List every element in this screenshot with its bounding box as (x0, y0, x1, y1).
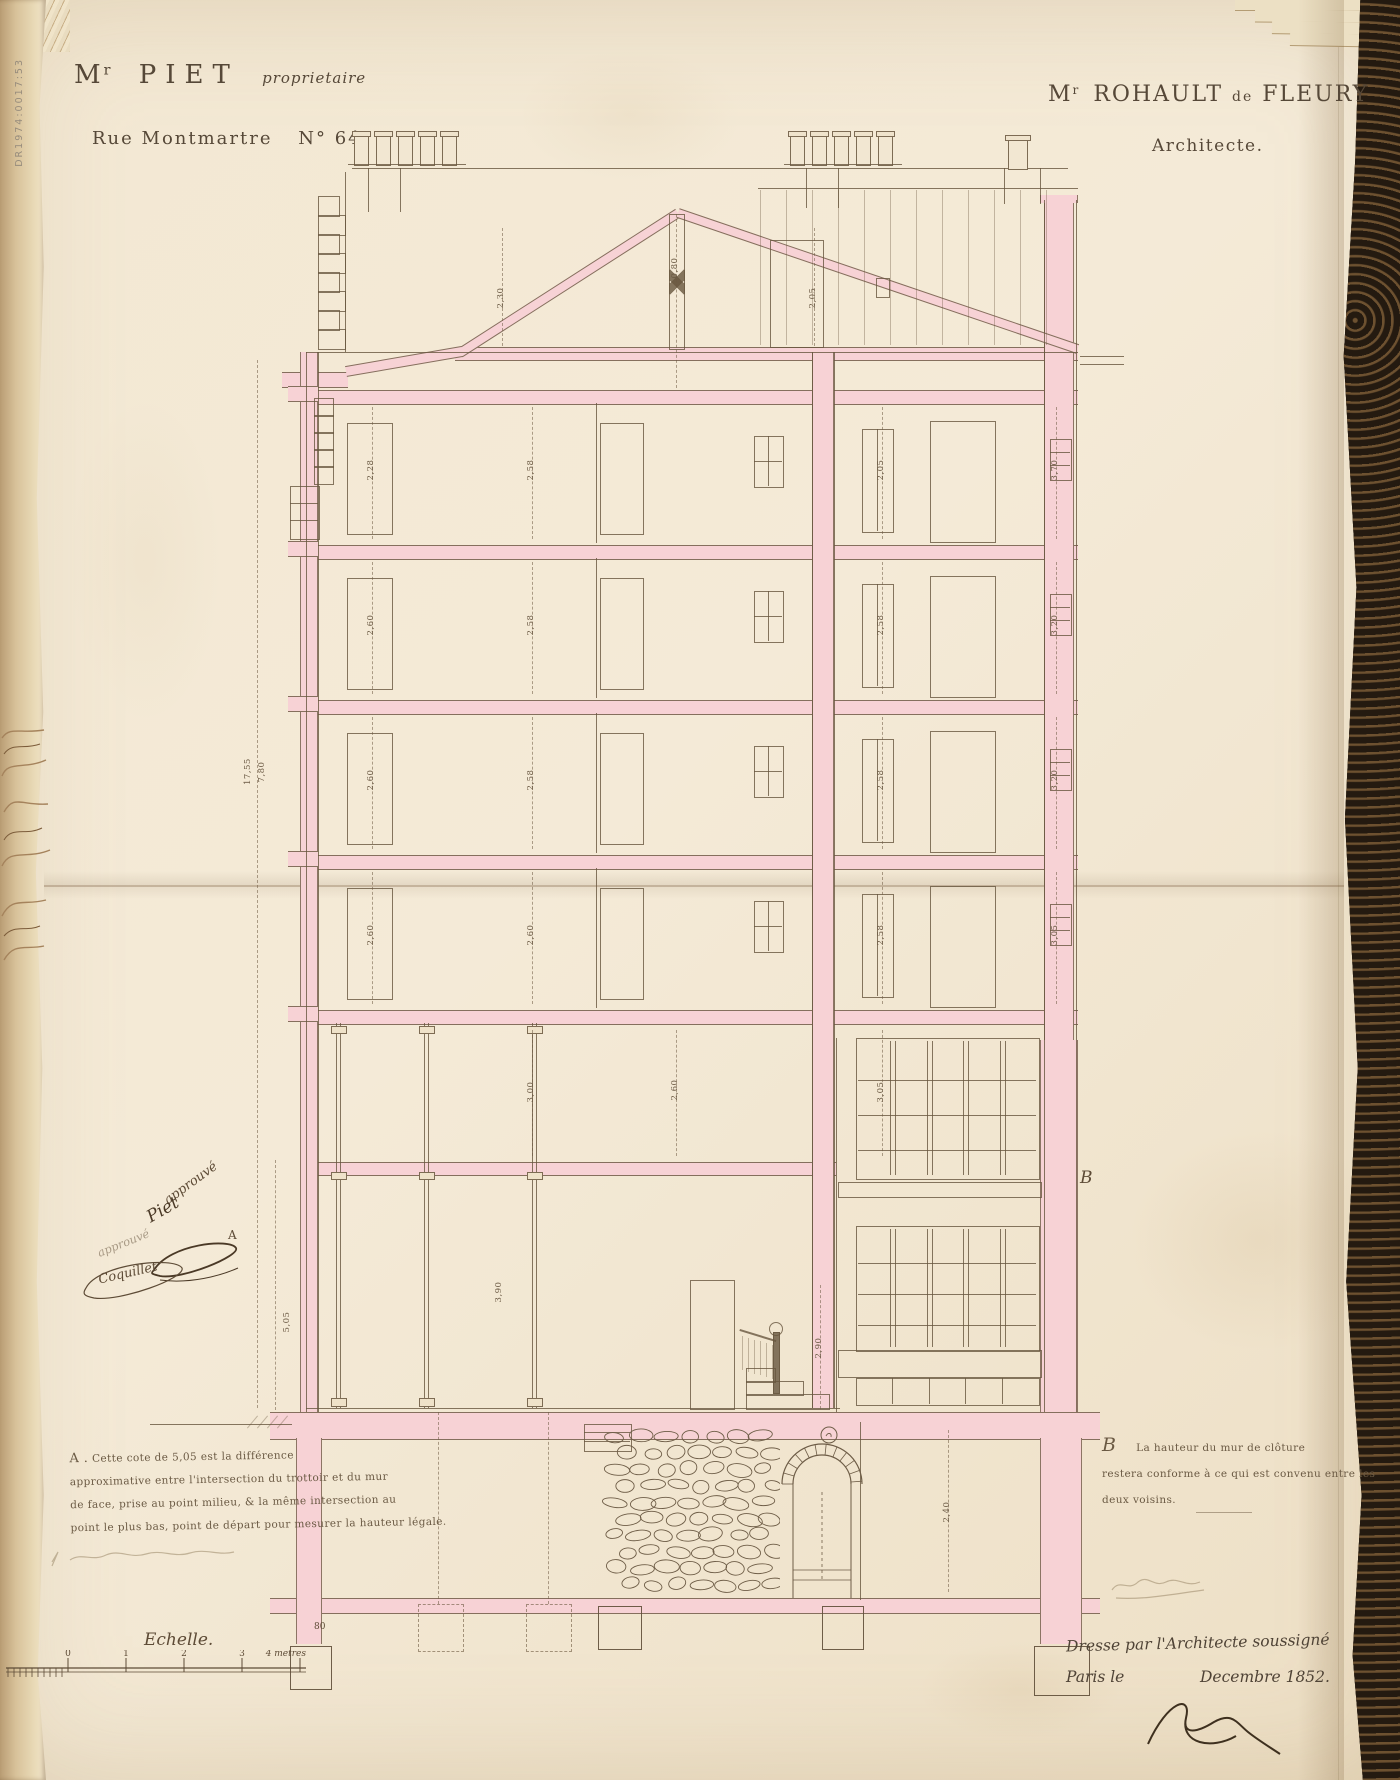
door-leaf (600, 888, 644, 1000)
window-bar (290, 503, 318, 504)
floor-slab (306, 1010, 1078, 1025)
transom-mullion (1002, 1378, 1003, 1404)
quoin-stone (318, 310, 340, 331)
small-window (754, 901, 784, 953)
siding-line (994, 190, 995, 345)
wall-section (1040, 1438, 1082, 1644)
iron-column (424, 1023, 425, 1408)
window-bar (754, 616, 782, 617)
dimension-value: 2,40 (942, 1499, 954, 1525)
glazed-window (856, 1038, 1040, 1180)
dimension-value: 3,70 (1050, 457, 1062, 483)
dimension-line (257, 360, 258, 1408)
door-leaf (600, 423, 644, 535)
column-capital (527, 1026, 543, 1034)
shop-door (690, 1280, 735, 1410)
siding-line (1046, 190, 1047, 345)
ink-line (368, 168, 369, 212)
chimney-pot (812, 136, 827, 166)
roof-rafter (345, 346, 463, 377)
chimney-pot (1008, 140, 1028, 170)
chimney-cap (396, 131, 415, 137)
window-mullion (890, 1229, 896, 1347)
floor-slab (306, 545, 1078, 560)
chimney-pot (878, 136, 893, 166)
column-capital (331, 1026, 347, 1034)
dimension-value: 2,58 (526, 457, 538, 483)
window-bar (754, 461, 782, 462)
column-base (527, 1398, 543, 1407)
scale-bar: 01234 mètres (6, 1650, 356, 1688)
svg-text:0: 0 (65, 1650, 71, 1659)
iron-column (340, 1023, 341, 1408)
dimension-line (676, 214, 677, 388)
transom-mullion (929, 1378, 930, 1404)
footing-dashed (418, 1604, 464, 1652)
chimney-cap (876, 131, 895, 137)
glazing-bar (858, 1263, 1036, 1264)
window-mullion (1000, 1229, 1006, 1347)
note-b-line: restera conforme à ce qui est convenu en… (1102, 1461, 1375, 1487)
window-bar (754, 771, 782, 772)
note-b-label: B (1102, 1434, 1116, 1456)
floor-slab (306, 390, 1078, 405)
ink-line (400, 168, 401, 212)
roof-slope (165, 352, 300, 497)
window-mullion (927, 1041, 933, 1175)
footing (598, 1606, 642, 1650)
king-post (669, 214, 685, 350)
small-window (754, 436, 784, 488)
newel-knob (769, 1322, 783, 1336)
small-window (754, 591, 784, 643)
siding-line (838, 190, 839, 345)
dimension-value: 2,60 (366, 922, 378, 948)
chimney-cap (832, 131, 851, 137)
ink-line (836, 1038, 837, 1412)
chimney-pot (376, 136, 391, 166)
dimension-value: 5,05 (282, 1309, 294, 1335)
column-capital (419, 1172, 435, 1180)
dimension-value: 2,58 (876, 612, 888, 638)
chimney-cap (418, 131, 437, 137)
attribution-line2: Paris le (1066, 1668, 1124, 1686)
chimney-pot (354, 136, 369, 166)
dimension-value: 2,58 (526, 612, 538, 638)
wall-section (1040, 1040, 1078, 1412)
dimension-value: 2,58 (876, 767, 888, 793)
circled-mark (818, 1424, 840, 1446)
vent-slat (1050, 762, 1070, 763)
footing-dashed (526, 1604, 572, 1652)
column-base (419, 1398, 435, 1407)
note-a-label: A . (69, 1451, 88, 1466)
dimension-line (275, 1160, 276, 1410)
floor-slab (306, 700, 1078, 715)
door-opening (930, 421, 996, 543)
note-a-line: Cette cote de 5,05 est la différence (92, 1449, 294, 1465)
chimney-cap (352, 131, 371, 137)
door-opening (930, 731, 996, 853)
scanned-architectural-drawing: DR1974:0017:53 Mr PIET proprietaire Rue … (0, 0, 1400, 1780)
chimney-pot (856, 136, 871, 166)
quoin-stone (318, 196, 340, 217)
floor-slab (306, 855, 1078, 870)
note-b-line: deux voisins. (1102, 1487, 1375, 1513)
vent-slat (1050, 917, 1070, 918)
svg-text:4 mètres: 4 mètres (265, 1650, 307, 1659)
chimney-cap (788, 131, 807, 137)
dimension-value: 17,55 (243, 759, 255, 785)
svg-text:1: 1 (123, 1650, 129, 1659)
dimension-line (548, 1412, 549, 1604)
glazing-bar (858, 1150, 1036, 1151)
glazed-window (856, 1226, 1040, 1352)
siding-line (942, 190, 943, 345)
ink-line (1080, 364, 1124, 365)
siding-line (864, 190, 865, 345)
dimension-value: 2,60 (366, 767, 378, 793)
door-opening (930, 886, 996, 1008)
dimension-value: 2,05 (876, 457, 888, 483)
ink-line (1044, 200, 1045, 1412)
column-capital (527, 1172, 543, 1180)
truss-brace (876, 278, 890, 298)
dimension-value: 3,90 (494, 1279, 506, 1305)
chimney-platform (348, 164, 466, 165)
dimension-value: 2,28 (366, 457, 378, 483)
dimension-value: 2,58 (526, 767, 538, 793)
window-mullion (1000, 1041, 1006, 1175)
window-mullion (927, 1229, 933, 1347)
attribution-date: Decembre 1852. (1200, 1668, 1330, 1686)
lintel-band (838, 1350, 1042, 1378)
siding-line (1020, 190, 1021, 345)
transom-strip (856, 1378, 1040, 1406)
door-leaf (600, 733, 644, 845)
dimension-value: 3,05 (876, 1079, 888, 1105)
chimney-cap (854, 131, 873, 137)
wall-corbel (288, 541, 318, 557)
chimney-cap (810, 131, 829, 137)
footing (822, 1606, 864, 1650)
partition-wall (596, 558, 597, 698)
window-bar (290, 520, 318, 521)
chimney-pot (420, 136, 435, 166)
glazing-bar (858, 1294, 1036, 1295)
ink-line (1076, 200, 1077, 1412)
dimension-value: 3,05 (1050, 922, 1062, 948)
gable-window (290, 486, 320, 540)
column-capital (331, 1172, 347, 1180)
ink-line (1040, 168, 1041, 204)
siding-line (760, 190, 761, 345)
dimension-value: 2,30 (496, 285, 508, 311)
iron-column (428, 1023, 429, 1408)
quoin-stone (314, 466, 334, 485)
chimney-pot (398, 136, 413, 166)
dimension-value: 7,80 (257, 759, 269, 785)
ink-line (834, 352, 835, 1408)
chimney-pot (834, 136, 849, 166)
svg-text:2: 2 (181, 1650, 187, 1659)
note-a: A . Cette cote de 5,05 est la différence… (69, 1441, 447, 1541)
note-b-dash (1196, 1512, 1252, 1513)
column-base (331, 1398, 347, 1407)
siding-line (890, 190, 891, 345)
siding-line (968, 190, 969, 345)
note-b-line: La hauteur du mur de clôture (1136, 1442, 1305, 1454)
vent-slat (1050, 607, 1070, 608)
window-mullion (890, 1041, 896, 1175)
small-window (754, 746, 784, 798)
dimension-value: 2,90 (814, 1335, 826, 1361)
chimney-pot (790, 136, 805, 166)
ink-line (352, 168, 1068, 169)
transom-mullion (892, 1378, 893, 1404)
window-bar (754, 926, 782, 927)
quoin-stone (318, 272, 340, 293)
glazing-bar (858, 1325, 1036, 1326)
dimension-value: 2,05 (808, 285, 820, 311)
door-opening (930, 576, 996, 698)
wall-corbel (288, 696, 318, 712)
roof-rafter (457, 209, 680, 357)
partition-wall (596, 403, 597, 543)
dimension-value: 3,00 (526, 1079, 538, 1105)
ink-line (1004, 168, 1005, 204)
iron-column (336, 1023, 337, 1408)
partition-wall (596, 713, 597, 853)
quoin-stone (318, 329, 346, 350)
wall-section (812, 352, 834, 1408)
transom-mullion (965, 1378, 966, 1404)
dimension-value: 0,80 (670, 255, 682, 281)
ink-line (1080, 356, 1124, 357)
pencil-scribble (1108, 1572, 1248, 1602)
column-capital (419, 1026, 435, 1034)
quoin-stone (318, 253, 346, 274)
glazing-bar (858, 1115, 1036, 1116)
wall-corbel (288, 1006, 318, 1022)
quoin-stone (318, 291, 346, 312)
ink-line (306, 352, 1078, 353)
dimension-value: 2,60 (670, 1077, 682, 1103)
chimney-cap (440, 131, 459, 137)
stair-baluster (742, 1336, 743, 1370)
dimension-value: 2,60 (526, 922, 538, 948)
wall-corbel (288, 851, 318, 867)
chimney-cap (1005, 135, 1031, 141)
dimension-value: 2,60 (366, 612, 378, 638)
partition-wall (596, 868, 597, 1008)
floor-slab (270, 1598, 1100, 1614)
door-leaf (600, 578, 644, 690)
dimension-value: 3,20 (1050, 767, 1062, 793)
quoin-stone (318, 234, 340, 255)
chimney-platform (784, 164, 902, 165)
rubble-stone-wall (600, 1422, 780, 1598)
dimension-value: 3,20 (1050, 612, 1062, 638)
stair-step (746, 1394, 830, 1410)
spandrel-band (838, 1182, 1042, 1198)
ink-line (812, 352, 813, 1408)
window-mullion (963, 1229, 969, 1347)
chimney-pot (442, 136, 457, 166)
architect-signature (1140, 1692, 1290, 1764)
stair-baluster (748, 1338, 749, 1372)
pencil-scribble (48, 1546, 258, 1572)
floor-slab (455, 347, 1078, 361)
note-b: B La hauteur du mur de clôture restera c… (1102, 1432, 1375, 1513)
window-mullion (963, 1041, 969, 1175)
siding-line (916, 190, 917, 345)
ink-line (806, 168, 807, 208)
svg-text:3: 3 (239, 1650, 245, 1659)
arched-basement-door (780, 1422, 864, 1598)
floor-slab (306, 1162, 836, 1176)
scale-title: Echelle. (144, 1630, 213, 1650)
vent-slat (1050, 452, 1070, 453)
chimney-cap (374, 131, 393, 137)
quoin-stone (318, 215, 346, 236)
dimension-value: 2,58 (876, 922, 888, 948)
